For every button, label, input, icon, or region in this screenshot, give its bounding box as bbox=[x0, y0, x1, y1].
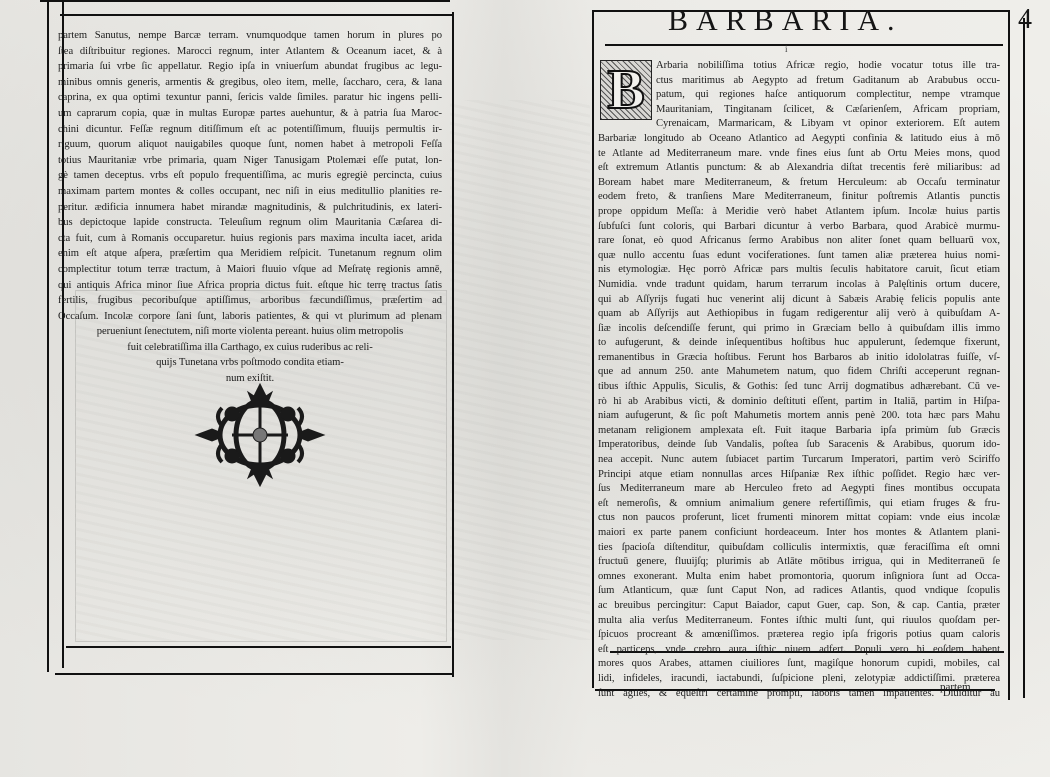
text-line: caprina, ex qua optimi texuntur panni, ſ… bbox=[58, 90, 442, 106]
text-line: ties ſpacioſa diſtenditur, quibuſdam col… bbox=[598, 541, 1000, 556]
text-line: Principi atque etiam nonnullas arces Hiſ… bbox=[598, 468, 1000, 483]
text-line: prope oppidum Meſſa: à Meridie verò habe… bbox=[598, 205, 1000, 220]
text-line: Occaſum. Incolæ corpore ſani ſunt, labor… bbox=[58, 309, 442, 325]
left-frame-inner-bottom-rule bbox=[66, 646, 451, 648]
text-line: omnes exonerant. Multa enim habet promon… bbox=[598, 570, 1000, 585]
text-line: partem Sanutus, nempe Barcæ terram. vnum… bbox=[58, 28, 442, 44]
left-frame-inner-top-rule bbox=[60, 14, 452, 16]
text-line: quam ab Aſſyrijs aut Aethiopibus in fuga… bbox=[598, 307, 1000, 322]
text-line: que ad annum 250. ante Mahumetem natum, … bbox=[598, 365, 1000, 380]
text-line: quæ nullo accentu ſuas edunt vociferatio… bbox=[598, 249, 1000, 264]
text-line: minibus omnis generis, armentis & gregib… bbox=[58, 75, 442, 91]
right-frame-outer-right-rule bbox=[1023, 18, 1025, 698]
text-line: ctus non paucos proferunt, licet frument… bbox=[598, 511, 1000, 526]
right-frame-inner-right-rule bbox=[1008, 12, 1010, 700]
text-line: niam aufugerunt, & ſic poſt Mahumetis mo… bbox=[598, 409, 1000, 424]
text-line-centered: fuit celebratiſſima illa Carthago, ex cu… bbox=[58, 340, 442, 356]
right-head-rule bbox=[605, 44, 1003, 46]
left-frame-outer-left-rule bbox=[47, 0, 49, 672]
text-line: enim eſt atque aſpera, præſertim qua Mer… bbox=[58, 246, 442, 262]
text-line: ſiæ incolis deſcendiſſe ferunt, qui prim… bbox=[598, 322, 1000, 337]
text-line: fertilis, frugibus pecoribuſque aptiſſim… bbox=[58, 293, 442, 309]
text-line: primaria ſui vrbe ſic appellatur. Regio … bbox=[58, 59, 442, 75]
text-line: ſubfuſci ſunt coloris, qui Barbari dicun… bbox=[598, 220, 1000, 235]
text-line: ac breuibus percingitur: Caput Baiador, … bbox=[598, 599, 1000, 614]
left-frame-outer-bottom-rule bbox=[55, 673, 453, 675]
text-line: rare ſonat, eò quod Africanus ſermo Arab… bbox=[598, 234, 1000, 249]
text-line: eodem freto, & tranſiens Mare Mediterran… bbox=[598, 190, 1000, 205]
text-line: ctus maritimus ab Aegypto ad fretum Gadi… bbox=[656, 74, 1000, 89]
text-line: cta fuit, cum à Romanis occuparetur. hui… bbox=[58, 231, 442, 247]
text-line: Boream habet mare Mediterraneum, & fretu… bbox=[598, 176, 1000, 191]
text-line: nea accepit. Nunc autem ſubiacet partim … bbox=[598, 453, 1000, 468]
text-line: ſus Mediterraneum mare ab Herculeo freto… bbox=[598, 482, 1000, 497]
bleed-through-map-right bbox=[450, 100, 590, 640]
text-line: peritur. ædificia innumera habet mirandæ… bbox=[58, 200, 442, 216]
text-line: mores quos Arabes, attamen ciuiliores ſu… bbox=[598, 657, 1000, 672]
left-frame-top-rule bbox=[40, 0, 450, 2]
right-page-text: Arbaria nobiliſſima totius Africæ regio,… bbox=[598, 59, 1000, 701]
text-line: to aufugerunt, & deinde inſequentibus ho… bbox=[598, 336, 1000, 351]
running-head: BARBARIA. bbox=[668, 4, 903, 38]
page-number: 4 bbox=[1018, 4, 1032, 36]
text-line-centered: quijs Tunetana vrbs poſtmodo condita eti… bbox=[58, 355, 442, 371]
text-line: bus depictoque lapide constructa. Teleuſ… bbox=[58, 215, 442, 231]
text-line: riguum, quorum aliquot nauigabiles quoqu… bbox=[58, 137, 442, 153]
text-line: Mauritaniam, Tingitanam ſcilicet, & Cæſa… bbox=[656, 103, 1000, 118]
text-line: gè tamen deceptus. vrbs eſt populo frequ… bbox=[58, 168, 442, 184]
text-line: tibus iſthic Appulis, Siculis, & Gothis:… bbox=[598, 380, 1000, 395]
text-line: Barbariæ longitudo ab Oceano Atlantico a… bbox=[598, 132, 1000, 147]
text-line: metanam religionem amplexata eſt. Fuit i… bbox=[598, 424, 1000, 439]
text-line: Numidia. vnde tradunt quidam, harum terr… bbox=[598, 278, 1000, 293]
fleuron-ornament-icon bbox=[192, 376, 328, 494]
text-line: te Atlante ad Mediterraneum mare. vnde f… bbox=[598, 147, 1000, 162]
text-line: Imperatoribus, deinde ſub Vandalis, poſt… bbox=[598, 438, 1000, 453]
left-page-text: partem Sanutus, nempe Barcæ terram. vnum… bbox=[58, 28, 442, 387]
text-line: multa alia verſus Mediterraneum. Fontes … bbox=[598, 614, 1000, 629]
right-frame-outer-left-rule bbox=[592, 10, 594, 688]
text-line-centered: perueniunt ſenectutem, niſi morte violen… bbox=[58, 324, 442, 340]
text-line: fructuū genere, fluuijſq; plurimis ab At… bbox=[598, 555, 1000, 570]
text-line: ſpicuos procreant & amœniſſimos. prætere… bbox=[598, 628, 1000, 643]
text-line: remanentibus in Græcia hoſtibus. Ferunt … bbox=[598, 351, 1000, 366]
text-line: qui ab Aſſyrijs fugati huc venerint alij… bbox=[598, 293, 1000, 308]
text-line: ſtea diſtribuitur regiones. Marocci regn… bbox=[58, 44, 442, 60]
text-line: totius Mauritaniæ vrbe primaria, quam Ni… bbox=[58, 153, 442, 169]
catchword: partem bbox=[940, 681, 971, 693]
text-line: eſt extremum Atlantis punctum: & ab Alex… bbox=[598, 161, 1000, 176]
text-line: eſt nemeroſis, & omnium animalium genere… bbox=[598, 497, 1000, 512]
text-line: maiori ex parte panem conficiunt hordeac… bbox=[598, 526, 1000, 541]
text-line: qui antiquis Africa minor ſiue Africa pr… bbox=[58, 278, 442, 294]
text-line: nis etymologiæ. Hęc porrò Africæ pars mu… bbox=[598, 263, 1000, 278]
text-line: Cyrenaicam, Marmaricam, & Libyam vt opin… bbox=[656, 117, 1000, 132]
text-line: ſum Atlanticum, quæ ſunt Caput Non, ad r… bbox=[598, 584, 1000, 599]
signature-mark: i bbox=[785, 44, 788, 54]
left-frame-right-rule bbox=[452, 12, 454, 677]
text-line: complectitur totum terræ tractum, à Maio… bbox=[58, 262, 442, 278]
text-line: rò hi ab Arabibus victi, & dominio deſti… bbox=[598, 395, 1000, 410]
text-line: Arbaria nobiliſſima totius Africæ regio,… bbox=[656, 59, 1000, 74]
text-line: um caprarum copia, quæ in multas Europæ … bbox=[58, 106, 442, 122]
text-line: maximam partem montes & colles occupant,… bbox=[58, 184, 442, 200]
text-line: eſt particeps, vnde crebro aura iſthic n… bbox=[598, 643, 1000, 658]
text-line: chini dicuntur. Feſſæ regnum ditiſſimum … bbox=[58, 122, 442, 138]
text-line: patum, qui regiones haſce antiquorum com… bbox=[656, 88, 1000, 103]
